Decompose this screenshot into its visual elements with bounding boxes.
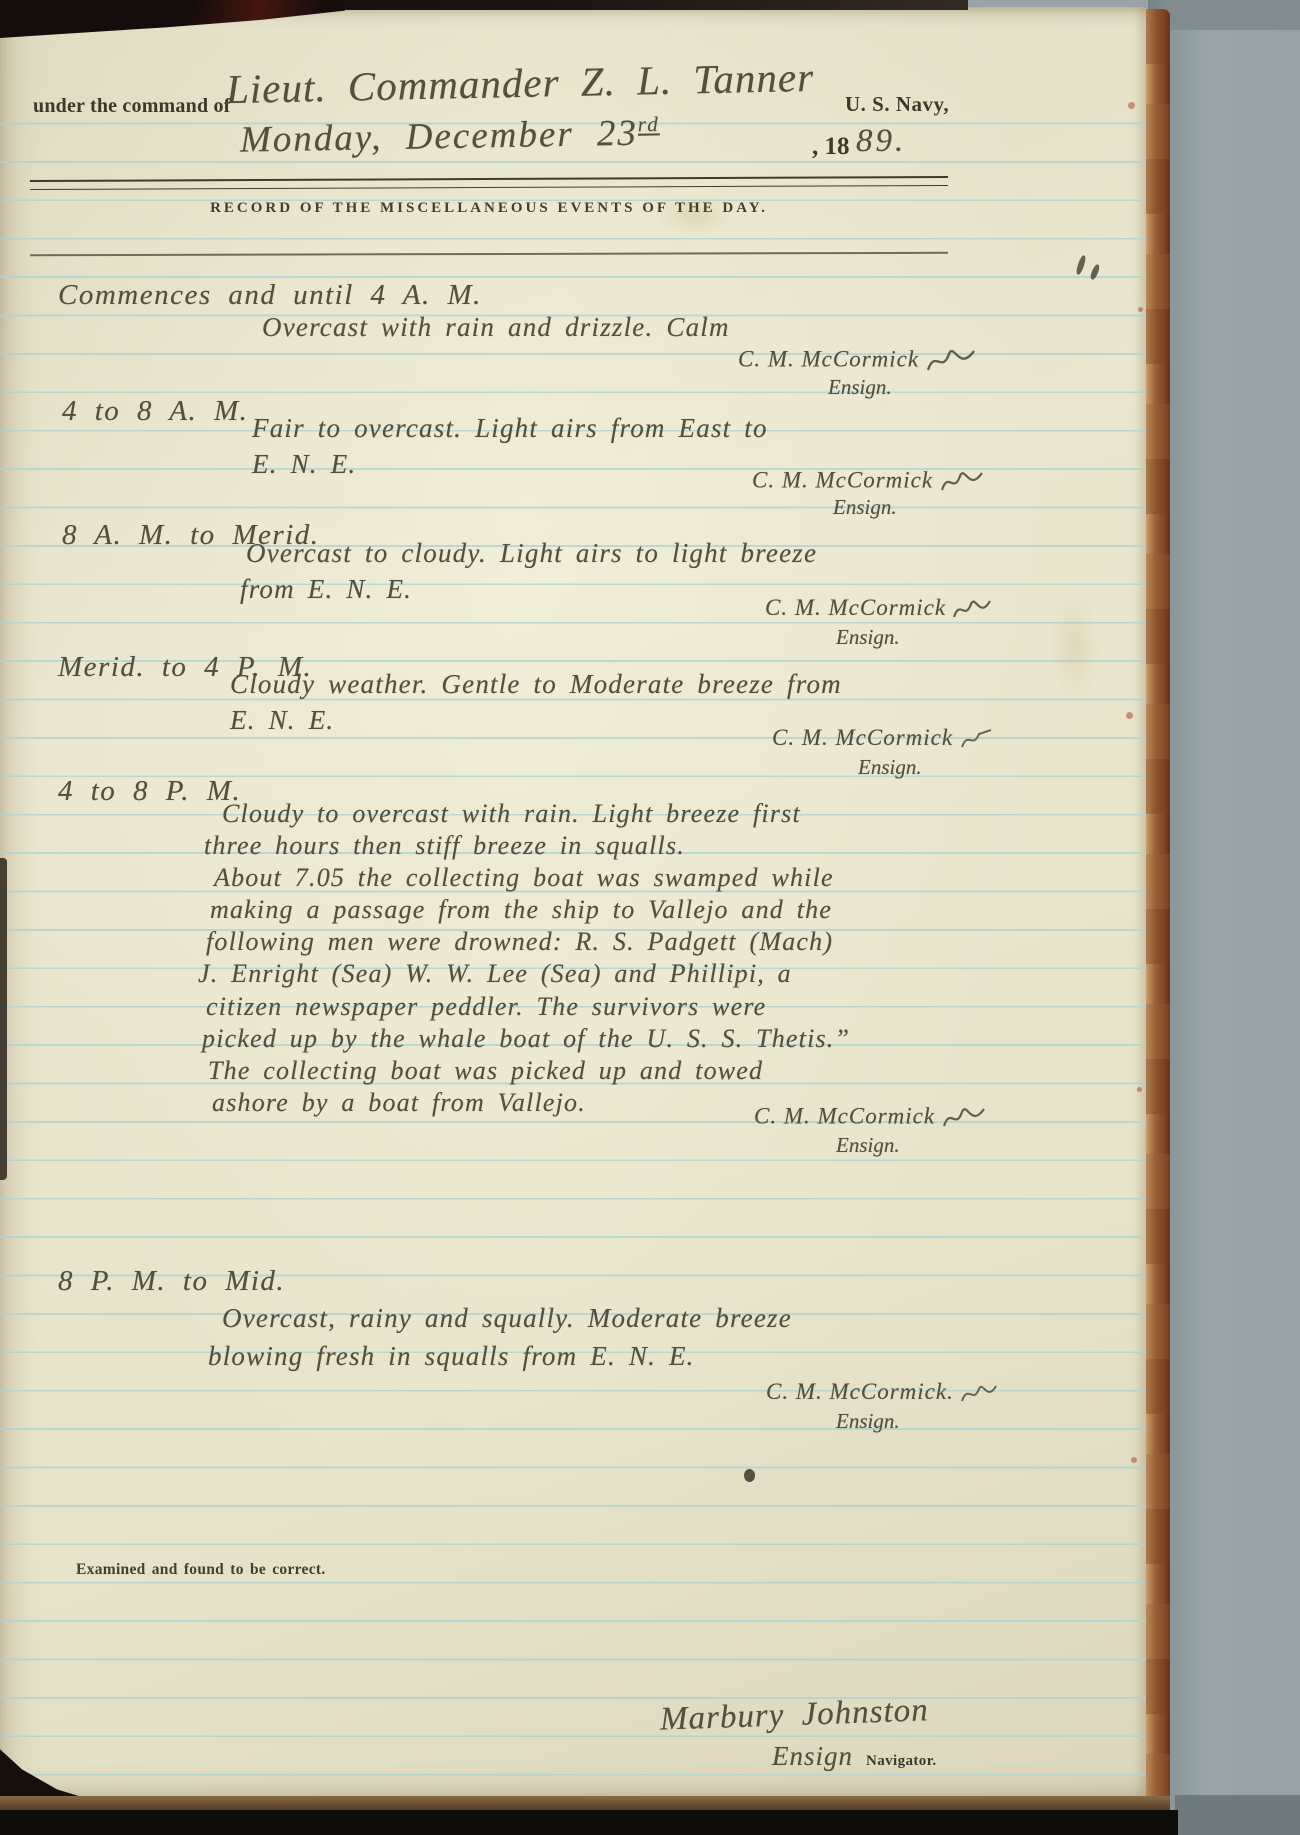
signature-rank: Ensign. xyxy=(836,1133,900,1158)
signature-text: C. M. McCormick xyxy=(754,1103,935,1128)
signature-text: C. M. McCormick xyxy=(772,725,953,750)
entry-line: Overcast, rainy and squally. Moderate br… xyxy=(222,1303,792,1334)
foxing-speck xyxy=(1131,1457,1137,1463)
signature: C. M. McCormick xyxy=(754,1103,987,1133)
entry-line: Cloudy to overcast with rain. Light bree… xyxy=(222,799,801,829)
logbook-page: under the command of Lieut. Commander Z.… xyxy=(0,7,1148,1801)
foxing-speck xyxy=(1128,102,1135,109)
signature-text: C. M. McCormick. xyxy=(766,1379,954,1404)
foxing-speck xyxy=(1126,712,1133,719)
date-script: Monday, December 23rd xyxy=(240,111,661,161)
date-text: Monday, December 23 xyxy=(240,113,639,161)
logbook-scan: under the command of Lieut. Commander Z.… xyxy=(0,0,1300,1835)
ink-flourish-icon xyxy=(925,345,977,377)
printed-command-prefix: under the command of xyxy=(33,95,231,118)
signature-text: C. M. McCormick xyxy=(738,346,919,371)
ink-dot-blemish xyxy=(744,1469,755,1482)
date-ordinal: rd xyxy=(638,112,660,136)
signature-rank: Ensign. xyxy=(833,495,897,520)
watch-period: Commences and until 4 A. M. xyxy=(58,279,482,312)
scanner-backing xyxy=(1148,0,1300,1835)
page-edge xyxy=(1146,9,1170,1801)
signature-rank: Ensign. xyxy=(828,375,892,400)
ink-flourish-icon xyxy=(960,1381,998,1407)
year-script: 89. xyxy=(856,123,906,160)
ink-flourish-icon xyxy=(941,1103,987,1133)
ink-flourish-icon xyxy=(952,596,992,624)
examined-note: Examined and found to be correct. xyxy=(76,1561,326,1579)
entry-line: The collecting boat was picked up and to… xyxy=(208,1056,763,1086)
printed-navigator-title: Navigator. xyxy=(866,1753,937,1770)
signature-rank: Ensign. xyxy=(836,1409,900,1434)
entry-line: three hours then stiff breeze in squalls… xyxy=(204,831,685,861)
backing-bottom-shade xyxy=(1175,1795,1300,1835)
signature-text: C. M. McCormick xyxy=(752,467,933,492)
printed-us-navy: U. S. Navy, xyxy=(845,92,949,117)
section-title: RECORD OF THE MISCELLANEOUS EVENTS OF TH… xyxy=(30,200,948,217)
entry-line: E. N. E. xyxy=(230,705,334,736)
signature: C. M. McCormick xyxy=(765,595,992,624)
watch-period: 4 to 8 P. M. xyxy=(58,775,241,808)
entry-line: picked up by the whale boat of the U. S.… xyxy=(202,1024,850,1054)
book-cover-bottom-edge xyxy=(0,1810,1178,1835)
signature: C. M. McCormick xyxy=(752,467,985,497)
watch-period: 4 to 8 A. M. xyxy=(62,395,248,428)
navigator-rank-script: Ensign xyxy=(772,1741,853,1772)
entry-line: from E. N. E. xyxy=(240,574,412,605)
ink-flourish-icon xyxy=(939,467,985,497)
entry-line: About 7.05 the collecting boat was swamp… xyxy=(214,863,834,893)
entry-line: J. Enright (Sea) W. W. Lee (Sea) and Phi… xyxy=(198,959,792,989)
signature: C. M. McCormick xyxy=(772,725,993,753)
entry-line: Overcast with rain and drizzle. Calm xyxy=(262,312,730,343)
ink-flourish-icon xyxy=(959,727,993,753)
watch-period: 8 P. M. to Mid. xyxy=(58,1265,285,1298)
signature: C. M. McCormick xyxy=(738,345,977,377)
foxing-speck xyxy=(1137,1087,1142,1092)
signature: C. M. McCormick. xyxy=(766,1379,998,1407)
signature-text: C. M. McCormick xyxy=(765,595,946,620)
backing-top-shade xyxy=(1148,0,1300,30)
entry-line: citizen newspaper peddler. The survivors… xyxy=(206,992,766,1022)
entry-line: ashore by a boat from Vallejo. xyxy=(212,1088,586,1118)
signature-rank: Ensign. xyxy=(858,755,922,780)
entry-line: following men were drowned: R. S. Padget… xyxy=(206,927,833,957)
entry-line: Cloudy weather. Gentle to Moderate breez… xyxy=(230,669,842,700)
entry-line: E. N. E. xyxy=(252,449,356,480)
entry-line: Fair to overcast. Light airs from East t… xyxy=(252,413,768,444)
entry-line: Overcast to cloudy. Light airs to light … xyxy=(246,538,817,569)
book-cover-left-edge xyxy=(0,858,7,1180)
signature-rank: Ensign. xyxy=(836,625,900,650)
entry-line: blowing fresh in squalls from E. N. E. xyxy=(208,1341,695,1372)
paper-stain xyxy=(1040,567,1110,727)
entry-line: making a passage from the ship to Vallej… xyxy=(210,895,832,925)
printed-year-prefix: , 18 xyxy=(812,133,850,161)
foxing-speck xyxy=(1138,307,1143,312)
